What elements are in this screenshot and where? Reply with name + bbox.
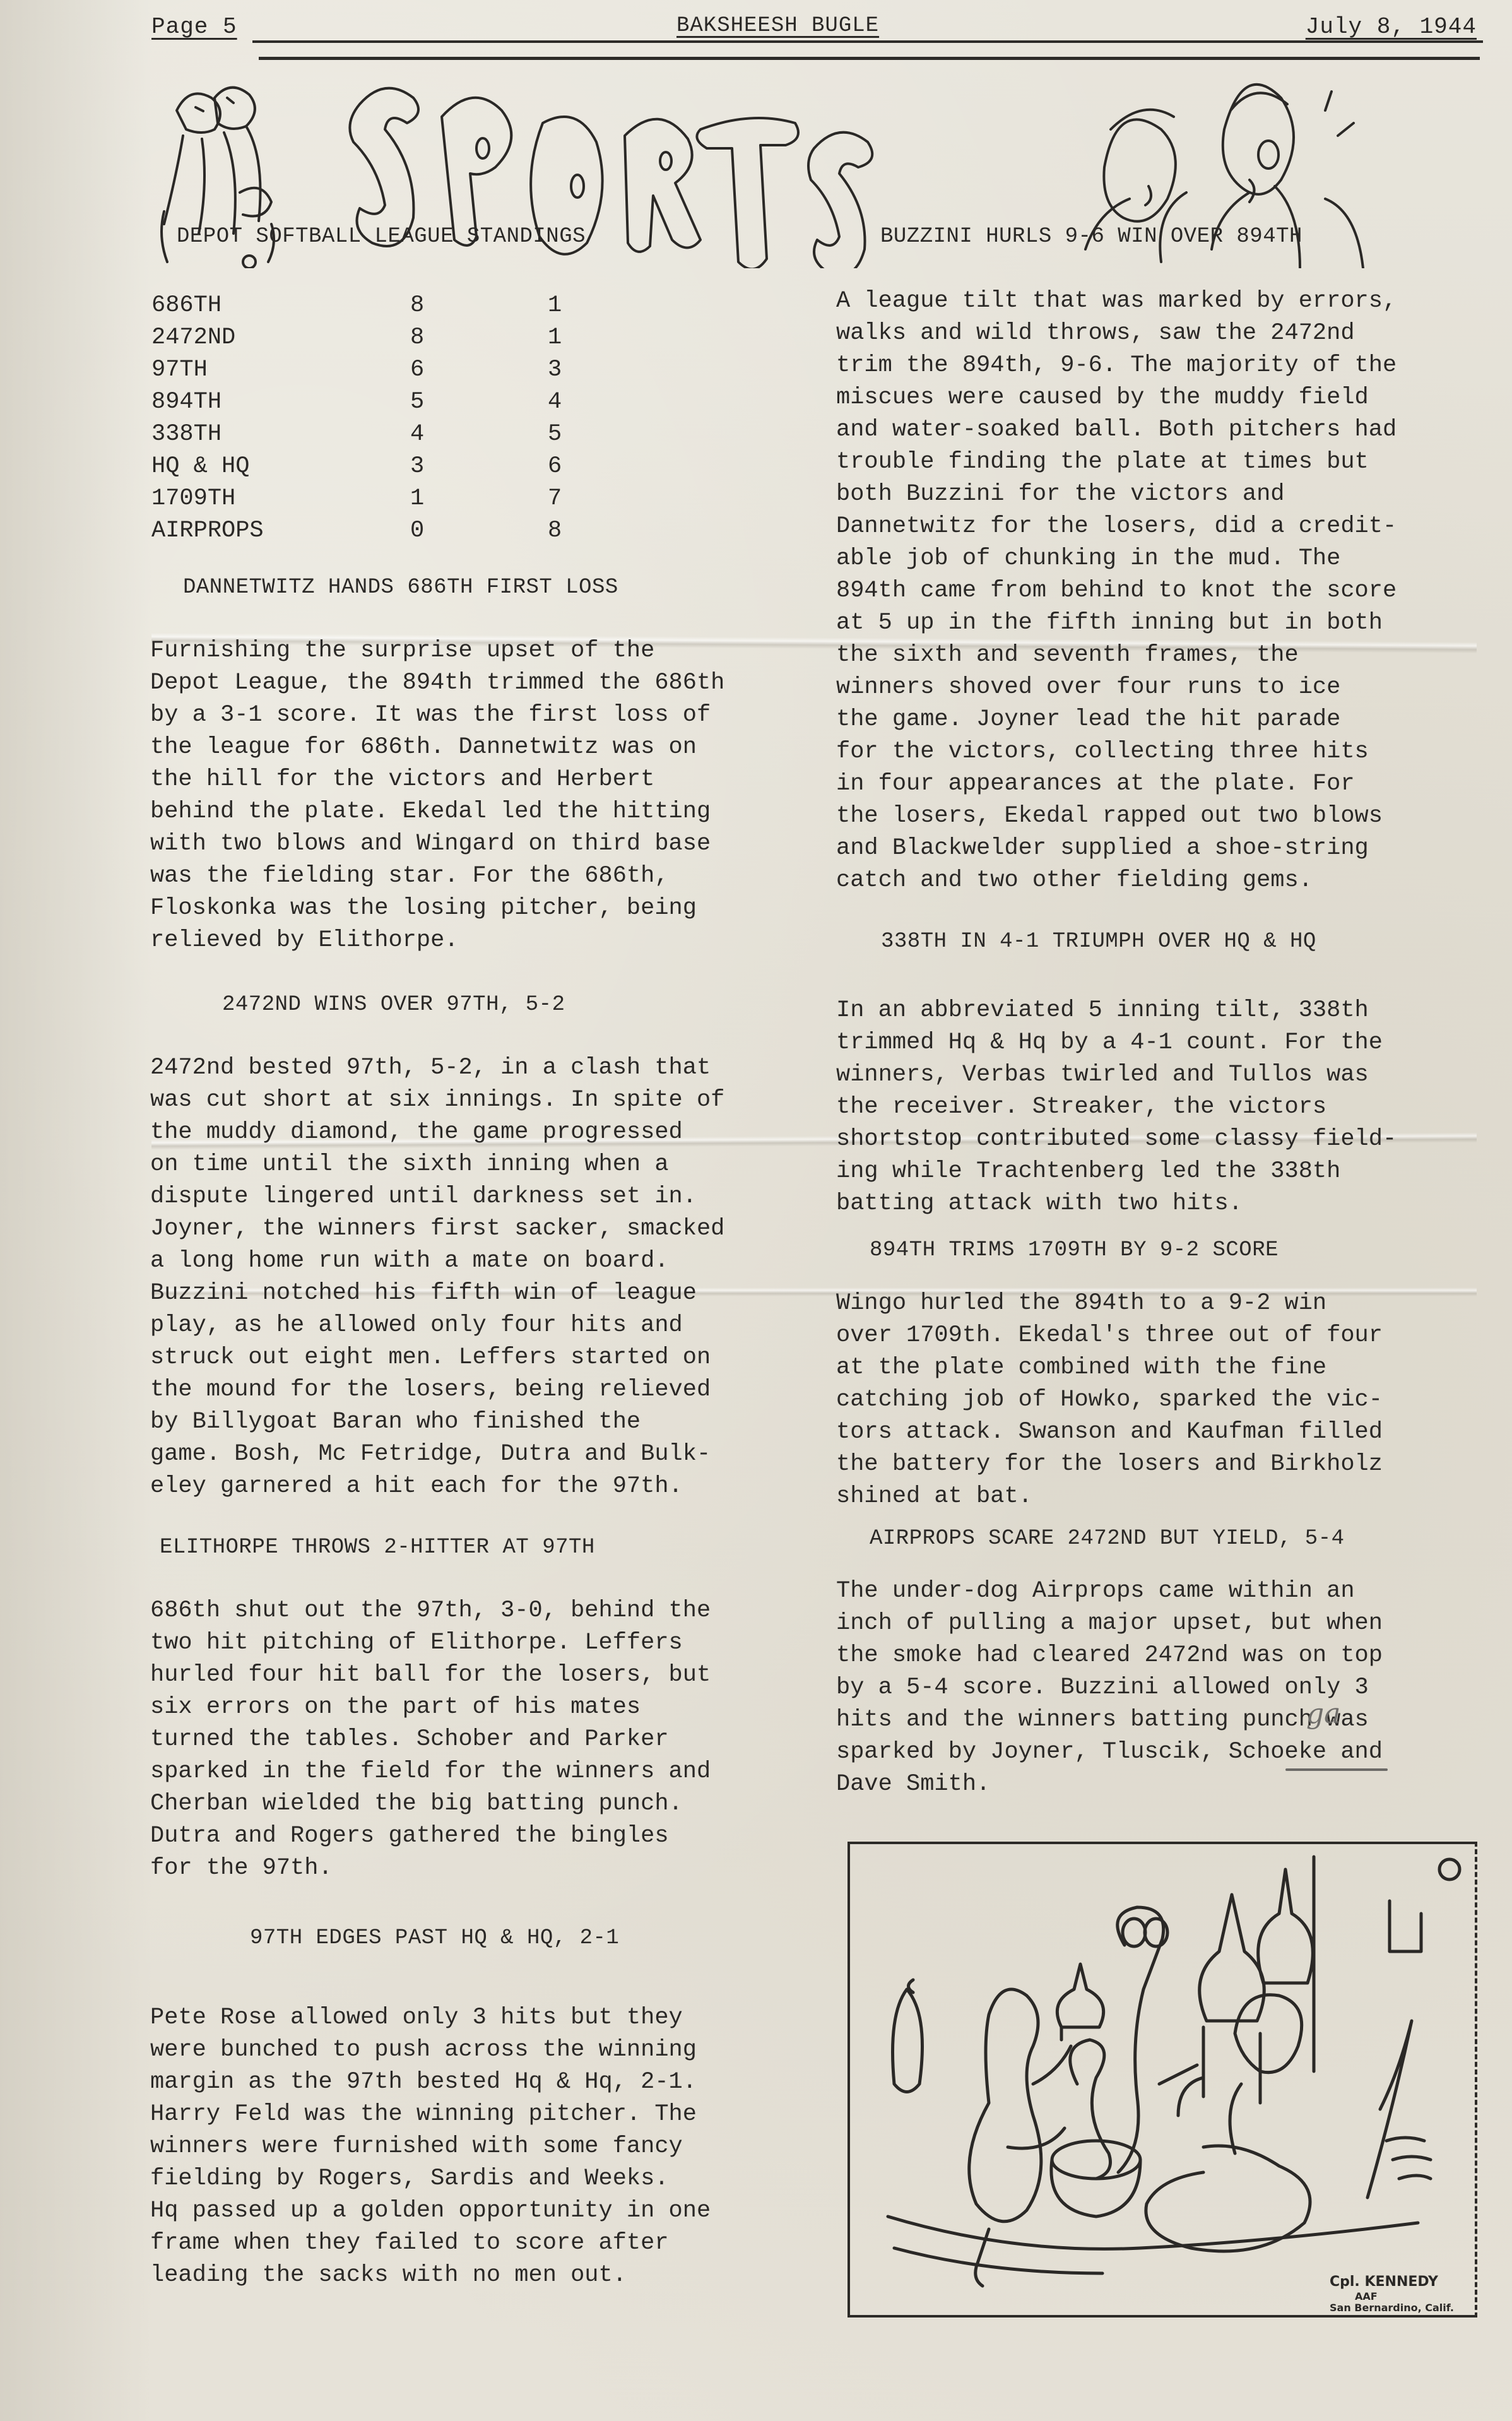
article-body: The under-dog Airprops came within aninc…	[836, 1575, 1383, 1801]
article-headline: BUZZINI HURLS 9-6 WIN OVER 894TH	[880, 225, 1302, 249]
onion-dome-small	[1057, 1964, 1103, 2027]
standings-losses: 1	[548, 324, 562, 351]
article-line: Floskonka was the losing pitcher, being	[150, 892, 724, 925]
ground-lines	[888, 2217, 1418, 2273]
onion-dome-tallest	[1258, 1869, 1313, 1983]
standings-team: 338TH	[151, 421, 221, 447]
standings-wins: 5	[410, 389, 424, 415]
article-line: winners were furnished with some fancy	[150, 2131, 711, 2163]
article-line: the hill for the victors and Herbert	[150, 764, 724, 796]
article-line: fielding by Rogers, Sardis and Weeks.	[150, 2163, 711, 2195]
article-body: 686th shut out the 97th, 3-0, behind the…	[150, 1595, 711, 1885]
standings-wins: 1	[410, 485, 424, 512]
article-line: hurled four hit ball for the losers, but	[150, 1659, 711, 1691]
article-line: ing while Trachtenberg led the 338th	[836, 1156, 1397, 1188]
article-line: with two blows and Wingard on third base	[150, 828, 724, 860]
article-line: in four appearances at the plate. For	[836, 768, 1397, 800]
article-line: frame when they failed to score after	[150, 2227, 711, 2259]
running-header: Page 5 BAKSHEESH BUGLE July 8, 1944	[151, 9, 1483, 53]
folded-umbrella	[1367, 2021, 1412, 2198]
standings-wins: 4	[410, 421, 424, 447]
article-line: behind the plate. Ekedal led the hitting	[150, 796, 724, 828]
article-line: six errors on the part of his mates	[150, 1691, 711, 1724]
article-headline: 97TH EDGES PAST HQ & HQ, 2-1	[250, 1926, 619, 1950]
article-line: the game. Joyner lead the hit parade	[836, 704, 1397, 736]
standings-team: 2472ND	[151, 324, 235, 351]
article-headline: 2472ND WINS OVER 97TH, 5-2	[222, 993, 565, 1017]
standings-wins: 8	[410, 324, 424, 351]
article-line: shortstop contributed some classy field-	[836, 1123, 1397, 1156]
article-line: over 1709th. Ekedal's three out of four	[836, 1320, 1383, 1352]
article-line: by a 3-1 score. It was the first loss of	[150, 699, 724, 731]
standings-team: AIRPROPS	[151, 518, 264, 544]
article-line: was the fielding star. For the 686th,	[150, 860, 724, 892]
standings-wins: 3	[410, 453, 424, 480]
standings-wins: 6	[410, 357, 424, 383]
article-line: on time until the sixth inning when a	[150, 1149, 724, 1181]
article-line: winners, Verbas twirled and Tullos was	[836, 1059, 1397, 1091]
article-headline: DANNETWITZ HANDS 686TH FIRST LOSS	[183, 576, 618, 600]
article-line: hits and the winners batting punch was	[836, 1704, 1383, 1736]
article-line: Wingo hurled the 894th to a 9-2 win	[836, 1287, 1383, 1320]
cartoon-signature: Cpl. KENNEDY	[1330, 2274, 1439, 2290]
standings-team: 97TH	[151, 357, 208, 383]
article-line: In an abbreviated 5 inning tilt, 338th	[836, 995, 1397, 1027]
article-line: the sixth and seventh frames, the	[836, 639, 1397, 672]
article-line: both Buzzini for the victors and	[836, 478, 1397, 511]
article-body: Furnishing the surprise upset of theDepo…	[150, 635, 724, 957]
article-line: Dave Smith.	[836, 1768, 1383, 1801]
article-line: Harry Feld was the winning pitcher. The	[150, 2098, 711, 2131]
standings-team: 1709TH	[151, 485, 235, 512]
article-line: catching job of Howko, sparked the vic-	[836, 1384, 1383, 1416]
article-line: relieved by Elithorpe.	[150, 925, 724, 957]
article-line: for the victors, collecting three hits	[836, 736, 1397, 768]
article-line: struck out eight men. Leffers started on	[150, 1342, 724, 1374]
standings-wins: 0	[410, 518, 424, 544]
article-line: trouble finding the plate at times but	[836, 446, 1397, 478]
article-line: the battery for the losers and Birkholz	[836, 1448, 1383, 1481]
article-line: the losers, Ekedal rapped out two blows	[836, 800, 1397, 832]
snake-charmer-cartoon: Cpl. KENNEDY AAF San Bernardino, Calif.	[848, 1842, 1477, 2317]
left-snake-charmer	[969, 1989, 1041, 2222]
header-rule	[252, 40, 1483, 43]
article-line: catch and two other fielding gems.	[836, 865, 1397, 897]
standings-losses: 3	[548, 357, 562, 383]
standings-wins: 8	[410, 292, 424, 319]
article-line: winners shoved over four runs to ice	[836, 672, 1397, 704]
article-line: was cut short at six innings. In spite o…	[150, 1084, 724, 1116]
article-line: play, as he allowed only four hits and	[150, 1310, 724, 1342]
article-headline: 894TH TRIMS 1709TH BY 9-2 SCORE	[870, 1238, 1279, 1262]
folded-corner-shadow	[0, 0, 151, 2421]
distant-figure	[893, 1980, 923, 2092]
article-line: Dannetwitz for the losers, did a credit-	[836, 511, 1397, 543]
right-snake-charmer	[1235, 1995, 1302, 2073]
article-body: Pete Rose allowed only 3 hits but theywe…	[150, 2002, 711, 2292]
article-line: Hq passed up a golden opportunity in one	[150, 2195, 711, 2227]
article-line: tors attack. Swanson and Kaufman filled	[836, 1416, 1383, 1448]
article-line: leading the sacks with no men out.	[150, 2259, 711, 2292]
article-line: the smoke had cleared 2472nd was on top	[836, 1640, 1383, 1672]
article-line: two hit pitching of Elithorpe. Leffers	[150, 1627, 711, 1659]
cartoon-illustration: Cpl. KENNEDY AAF San Bernardino, Calif.	[850, 1844, 1475, 2315]
article-line: were bunched to push across the winning	[150, 2034, 711, 2066]
article-line: inch of pulling a major upset, but when	[836, 1607, 1383, 1640]
article-headline: AIRPROPS SCARE 2472ND BUT YIELD, 5-4	[870, 1527, 1345, 1551]
article-line: shined at bat.	[836, 1481, 1383, 1513]
article-line: 2472nd bested 97th, 5-2, in a clash that	[150, 1052, 724, 1084]
standings-losses: 7	[548, 485, 562, 512]
article-line: at 5 up in the fifth inning but in both	[836, 607, 1397, 639]
article-line: walks and wild throws, saw the 2472nd	[836, 317, 1397, 350]
article-line: turned the tables. Schober and Parker	[150, 1724, 711, 1756]
onion-dome-tall	[1200, 1895, 1265, 2021]
article-line: Buzzini notched his fifth win of league	[150, 1277, 724, 1310]
article-line: able job of chunking in the mud. The	[836, 543, 1397, 575]
article-line: sparked by Joyner, Tluscik, Schoeke and	[836, 1736, 1383, 1768]
standings-team: 894TH	[151, 389, 221, 415]
article-line: dispute lingered until darkness set in.	[150, 1181, 724, 1213]
standings-heading: DEPOT SOFTBALL LEAGUE STANDINGS	[177, 225, 586, 249]
svg-text:San Bernardino, Calif.: San Bernardino, Calif.	[1330, 2302, 1454, 2314]
issue-date: July 8, 1944	[1306, 14, 1477, 40]
article-line: by a 5-4 score. Buzzini allowed only 3	[836, 1672, 1383, 1704]
article-body: In an abbreviated 5 inning tilt, 338thtr…	[836, 995, 1397, 1220]
article-line: Joyner, the winners first sacker, smacke…	[150, 1213, 724, 1245]
article-line: the mound for the losers, being relieved	[150, 1374, 724, 1406]
standings-team: 686TH	[151, 292, 221, 319]
article-headline: 338TH IN 4-1 TRIUMPH OVER HQ & HQ	[881, 930, 1316, 954]
article-line: 894th came from behind to knot the score	[836, 575, 1397, 607]
article-line: Pete Rose allowed only 3 hits but they	[150, 2002, 711, 2034]
article-line: Depot League, the 894th trimmed the 686t…	[150, 667, 724, 699]
left-cobra	[1070, 2040, 1111, 2179]
pencil-underline	[1285, 1768, 1388, 1771]
standings-losses: 1	[548, 292, 562, 319]
standings-team: HQ & HQ	[151, 453, 249, 480]
article-line: the receiver. Streaker, the victors	[836, 1091, 1397, 1123]
page-number: Page 5	[151, 14, 237, 40]
publication-name: BAKSHEESH BUGLE	[676, 14, 879, 38]
article-line: sparked in the field for the winners and	[150, 1756, 711, 1788]
article-line: and water-soaked ball. Both pitchers had	[836, 414, 1397, 446]
article-line: by Billygoat Baran who finished the	[150, 1406, 724, 1438]
article-line: batting attack with two hits.	[836, 1188, 1397, 1220]
article-line: Furnishing the surprise upset of the	[150, 635, 724, 667]
article-line: miscues were caused by the muddy field	[836, 382, 1397, 414]
article-headline: ELITHORPE THROWS 2-HITTER AT 97TH	[160, 1536, 595, 1560]
article-line: Cherban wielded the big batting punch.	[150, 1788, 711, 1820]
article-line: game. Bosh, Mc Fetridge, Dutra and Bulk-	[150, 1438, 724, 1471]
article-line: The under-dog Airprops came within an	[836, 1575, 1383, 1607]
article-line: eley garnered a hit each for the 97th.	[150, 1471, 724, 1503]
ns-mark	[1439, 1859, 1460, 1879]
standings-losses: 6	[548, 453, 562, 480]
article-body: Wingo hurled the 894th to a 9-2 winover …	[836, 1287, 1383, 1513]
standings-losses: 8	[548, 518, 562, 544]
article-line: trimmed Hq & Hq by a 4-1 count. For the	[836, 1027, 1397, 1059]
standings-losses: 4	[548, 389, 562, 415]
article-line: a long home run with a mate on board.	[150, 1245, 724, 1277]
article-line: A league tilt that was marked by errors,	[836, 285, 1397, 317]
standings-losses: 5	[548, 421, 562, 447]
article-line: and Blackwelder supplied a shoe-string	[836, 832, 1397, 865]
article-body: A league tilt that was marked by errors,…	[836, 285, 1397, 897]
article-line: 686th shut out the 97th, 3-0, behind the	[150, 1595, 711, 1627]
article-line: Dutra and Rogers gathered the bingles	[150, 1820, 711, 1852]
article-line: at the plate combined with the fine	[836, 1352, 1383, 1384]
article-body: 2472nd bested 97th, 5-2, in a clash that…	[150, 1052, 724, 1503]
article-line: the league for 686th. Dannetwitz was on	[150, 731, 724, 764]
article-line: margin as the 97th bested Hq & Hq, 2-1.	[150, 2066, 711, 2098]
handwritten-annotation: ga	[1306, 1698, 1340, 1730]
svg-text:AAF: AAF	[1355, 2290, 1378, 2302]
article-line: the muddy diamond, the game progressed	[150, 1116, 724, 1149]
article-line: trim the 894th, 9-6. The majority of the	[836, 350, 1397, 382]
article-line: for the 97th.	[150, 1852, 711, 1885]
